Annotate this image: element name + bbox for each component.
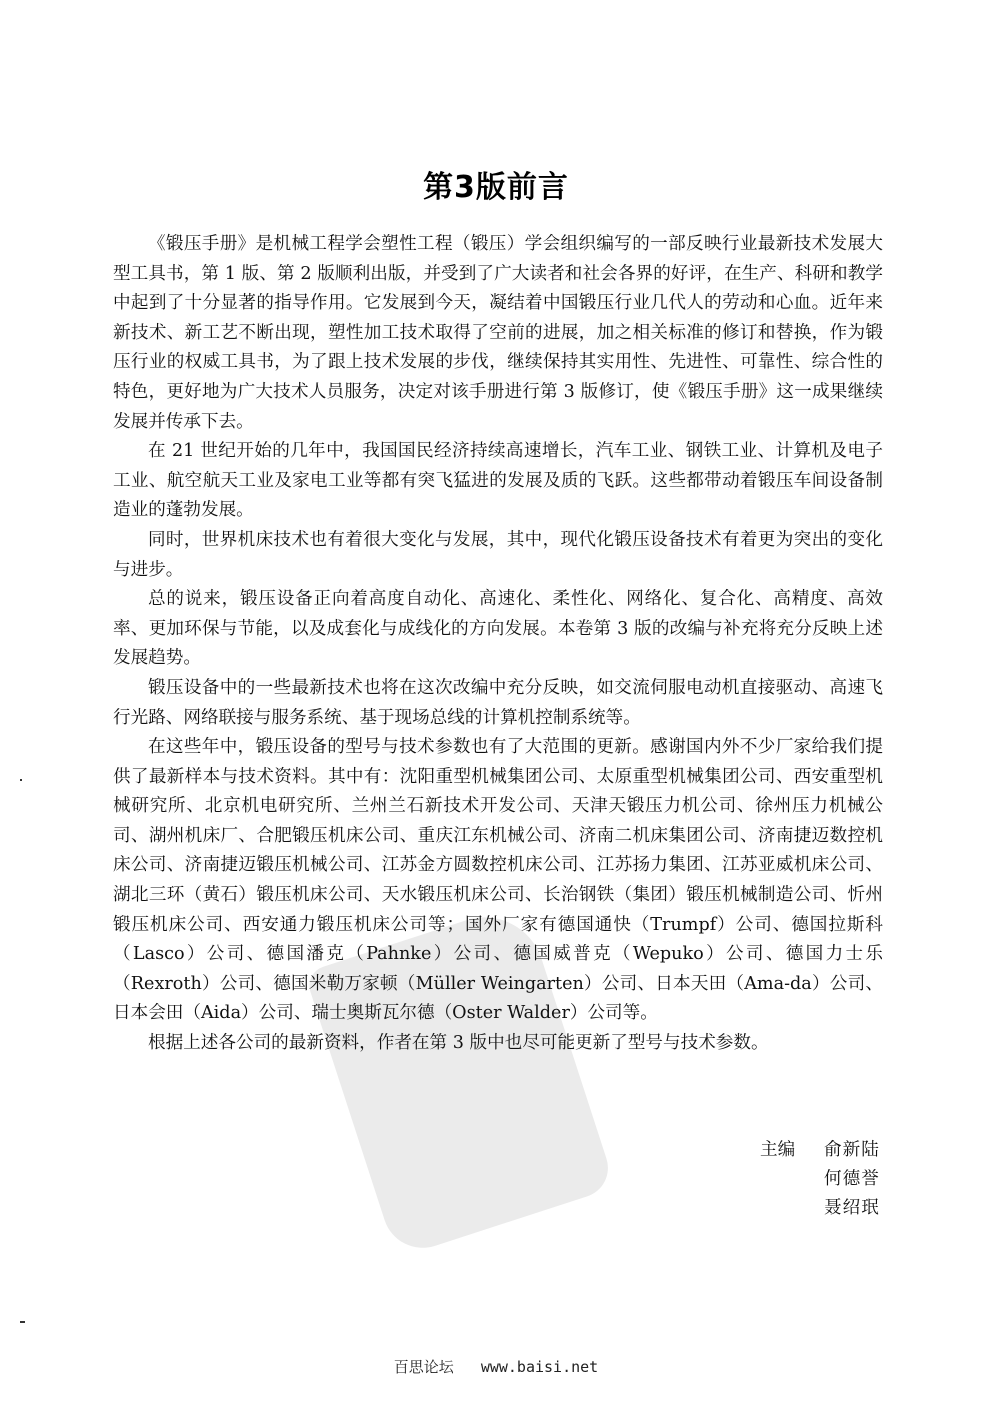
paragraph: 在这些年中，锻压设备的型号与技术参数也有了大范围的更新。感谢国内外不少厂家给我们… — [113, 733, 883, 1029]
paragraph: 锻压设备中的一些最新技术也将在这次改编中充分反映，如交流伺服电动机直接驱动、高速… — [113, 674, 883, 733]
editor-role-label: 主编 — [760, 1136, 824, 1165]
signature-block: 主编 俞新陆 何德誉 聂绍珉 — [760, 1136, 880, 1223]
editor-name: 俞新陆 — [824, 1136, 880, 1165]
paragraph: 在 21 世纪开始的几年中，我国国民经济持续高速增长，汽车工业、钢铁工业、计算机… — [113, 437, 883, 526]
page-title: 第3版前言 — [0, 162, 992, 206]
editor-role-spacer — [760, 1194, 824, 1223]
paragraph: 同时，世界机床技术也有着很大变化与发展，其中，现代化锻压设备技术有着更为突出的变… — [113, 526, 883, 585]
preface-body: 《锻压手册》是机械工程学会塑性工程（锻压）学会组织编写的一部反映行业最新技术发展… — [113, 230, 883, 1059]
signature-row: 何德誉 — [760, 1165, 880, 1194]
scan-speck — [20, 1321, 25, 1323]
paragraph: 《锻压手册》是机械工程学会塑性工程（锻压）学会组织编写的一部反映行业最新技术发展… — [113, 230, 883, 437]
scan-speck — [20, 779, 22, 781]
paragraph: 根据上述各公司的最新资料，作者在第 3 版中也尽可能更新了型号与技术参数。 — [113, 1029, 883, 1059]
signature-row: 主编 俞新陆 — [760, 1136, 880, 1165]
signature-row: 聂绍珉 — [760, 1194, 880, 1223]
editor-role-spacer — [760, 1165, 824, 1194]
footer-url: www.baisi.net — [481, 1358, 598, 1376]
page-footer: 百思论坛 www.baisi.net — [0, 1356, 992, 1377]
paragraph: 总的说来，锻压设备正向着高度自动化、高速化、柔性化、网络化、复合化、高精度、高效… — [113, 585, 883, 674]
editor-name: 聂绍珉 — [824, 1194, 880, 1223]
editor-name: 何德誉 — [824, 1165, 880, 1194]
footer-site-name: 百思论坛 — [394, 1358, 454, 1376]
